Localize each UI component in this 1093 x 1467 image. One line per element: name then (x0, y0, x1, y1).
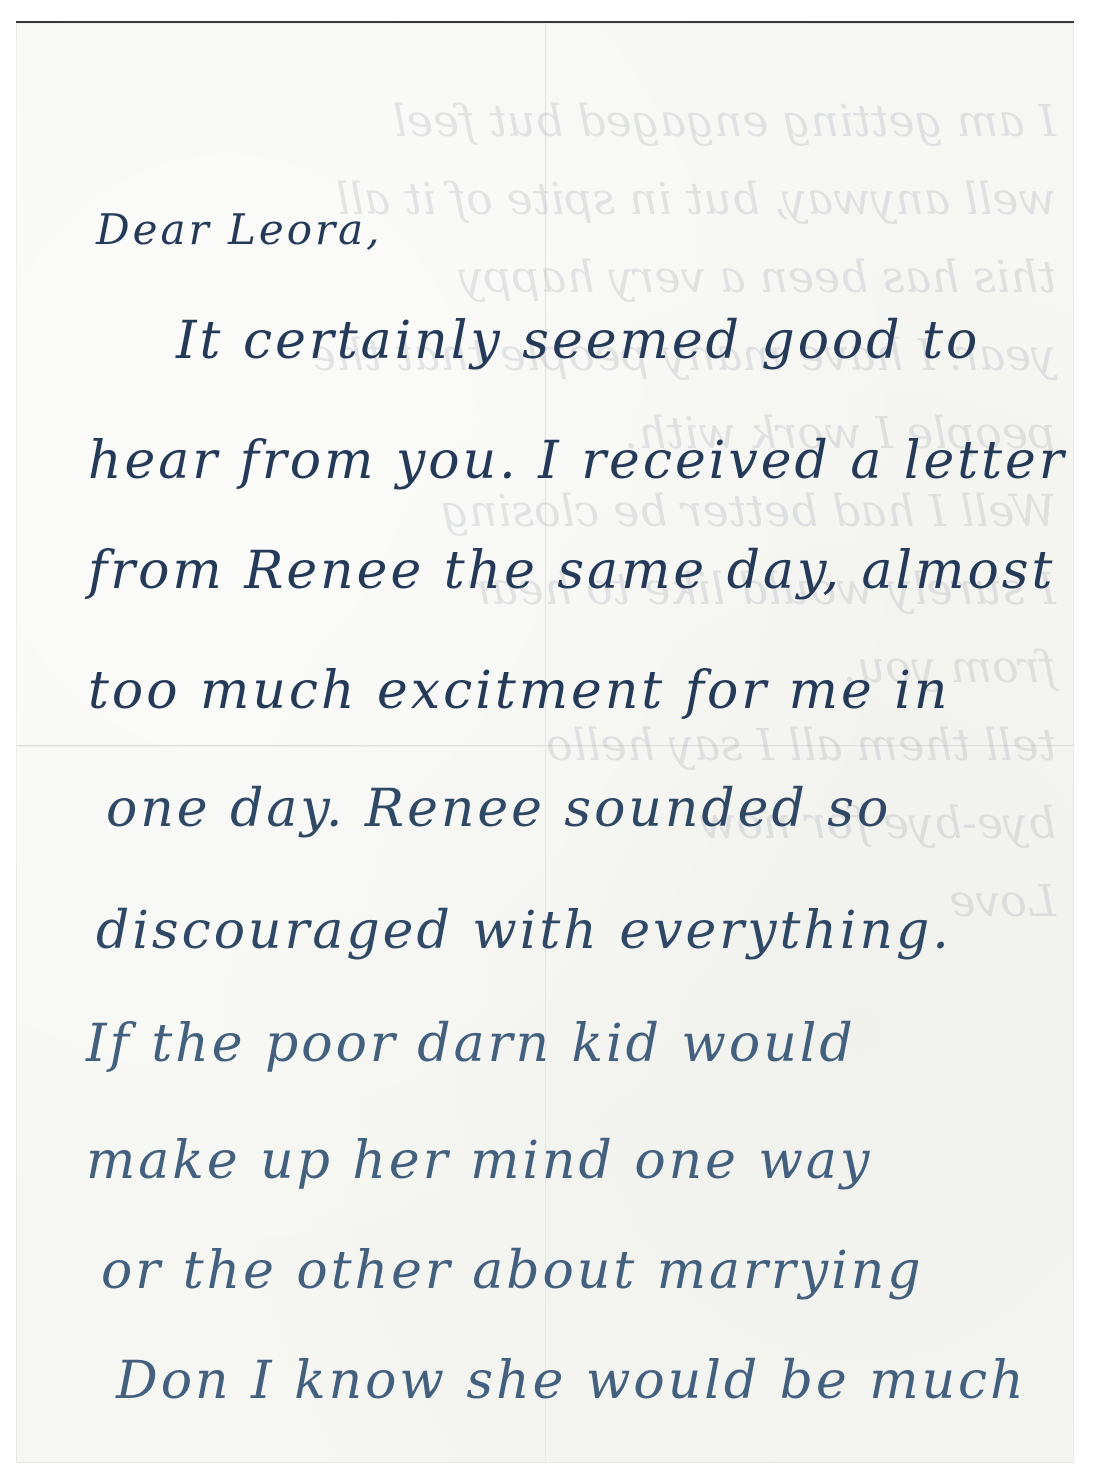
letter-line-10: Don I know she would be much (116, 1355, 1027, 1407)
letter-line-1: It certainly seemed good to (176, 315, 980, 367)
bleed-line: well anyway, but in spite of it all (556, 161, 1056, 239)
letter-line-8: make up her mind one way (86, 1135, 872, 1187)
letter-page: I am getting engaged but feel well anywa… (16, 21, 1074, 1463)
bleed-line: this has been a very happy (556, 239, 1056, 317)
letter-line-5: one day. Renee sounded so (106, 783, 891, 835)
salutation: Dear Leora, (96, 209, 383, 251)
letter-line-2: hear from you. I received a letter (88, 435, 1067, 487)
letter-line-9: or the other about marrying (101, 1245, 924, 1297)
letter-line-6: discouraged with everything. (96, 905, 952, 957)
letter-line-3: from Renee the same day, almost (88, 545, 1055, 597)
letter-line-4: too much excitment for me in (88, 665, 950, 717)
bleed-line: I am getting engaged but feel (556, 83, 1056, 161)
letter-line-7: If the poor darn kid would (86, 1018, 856, 1070)
